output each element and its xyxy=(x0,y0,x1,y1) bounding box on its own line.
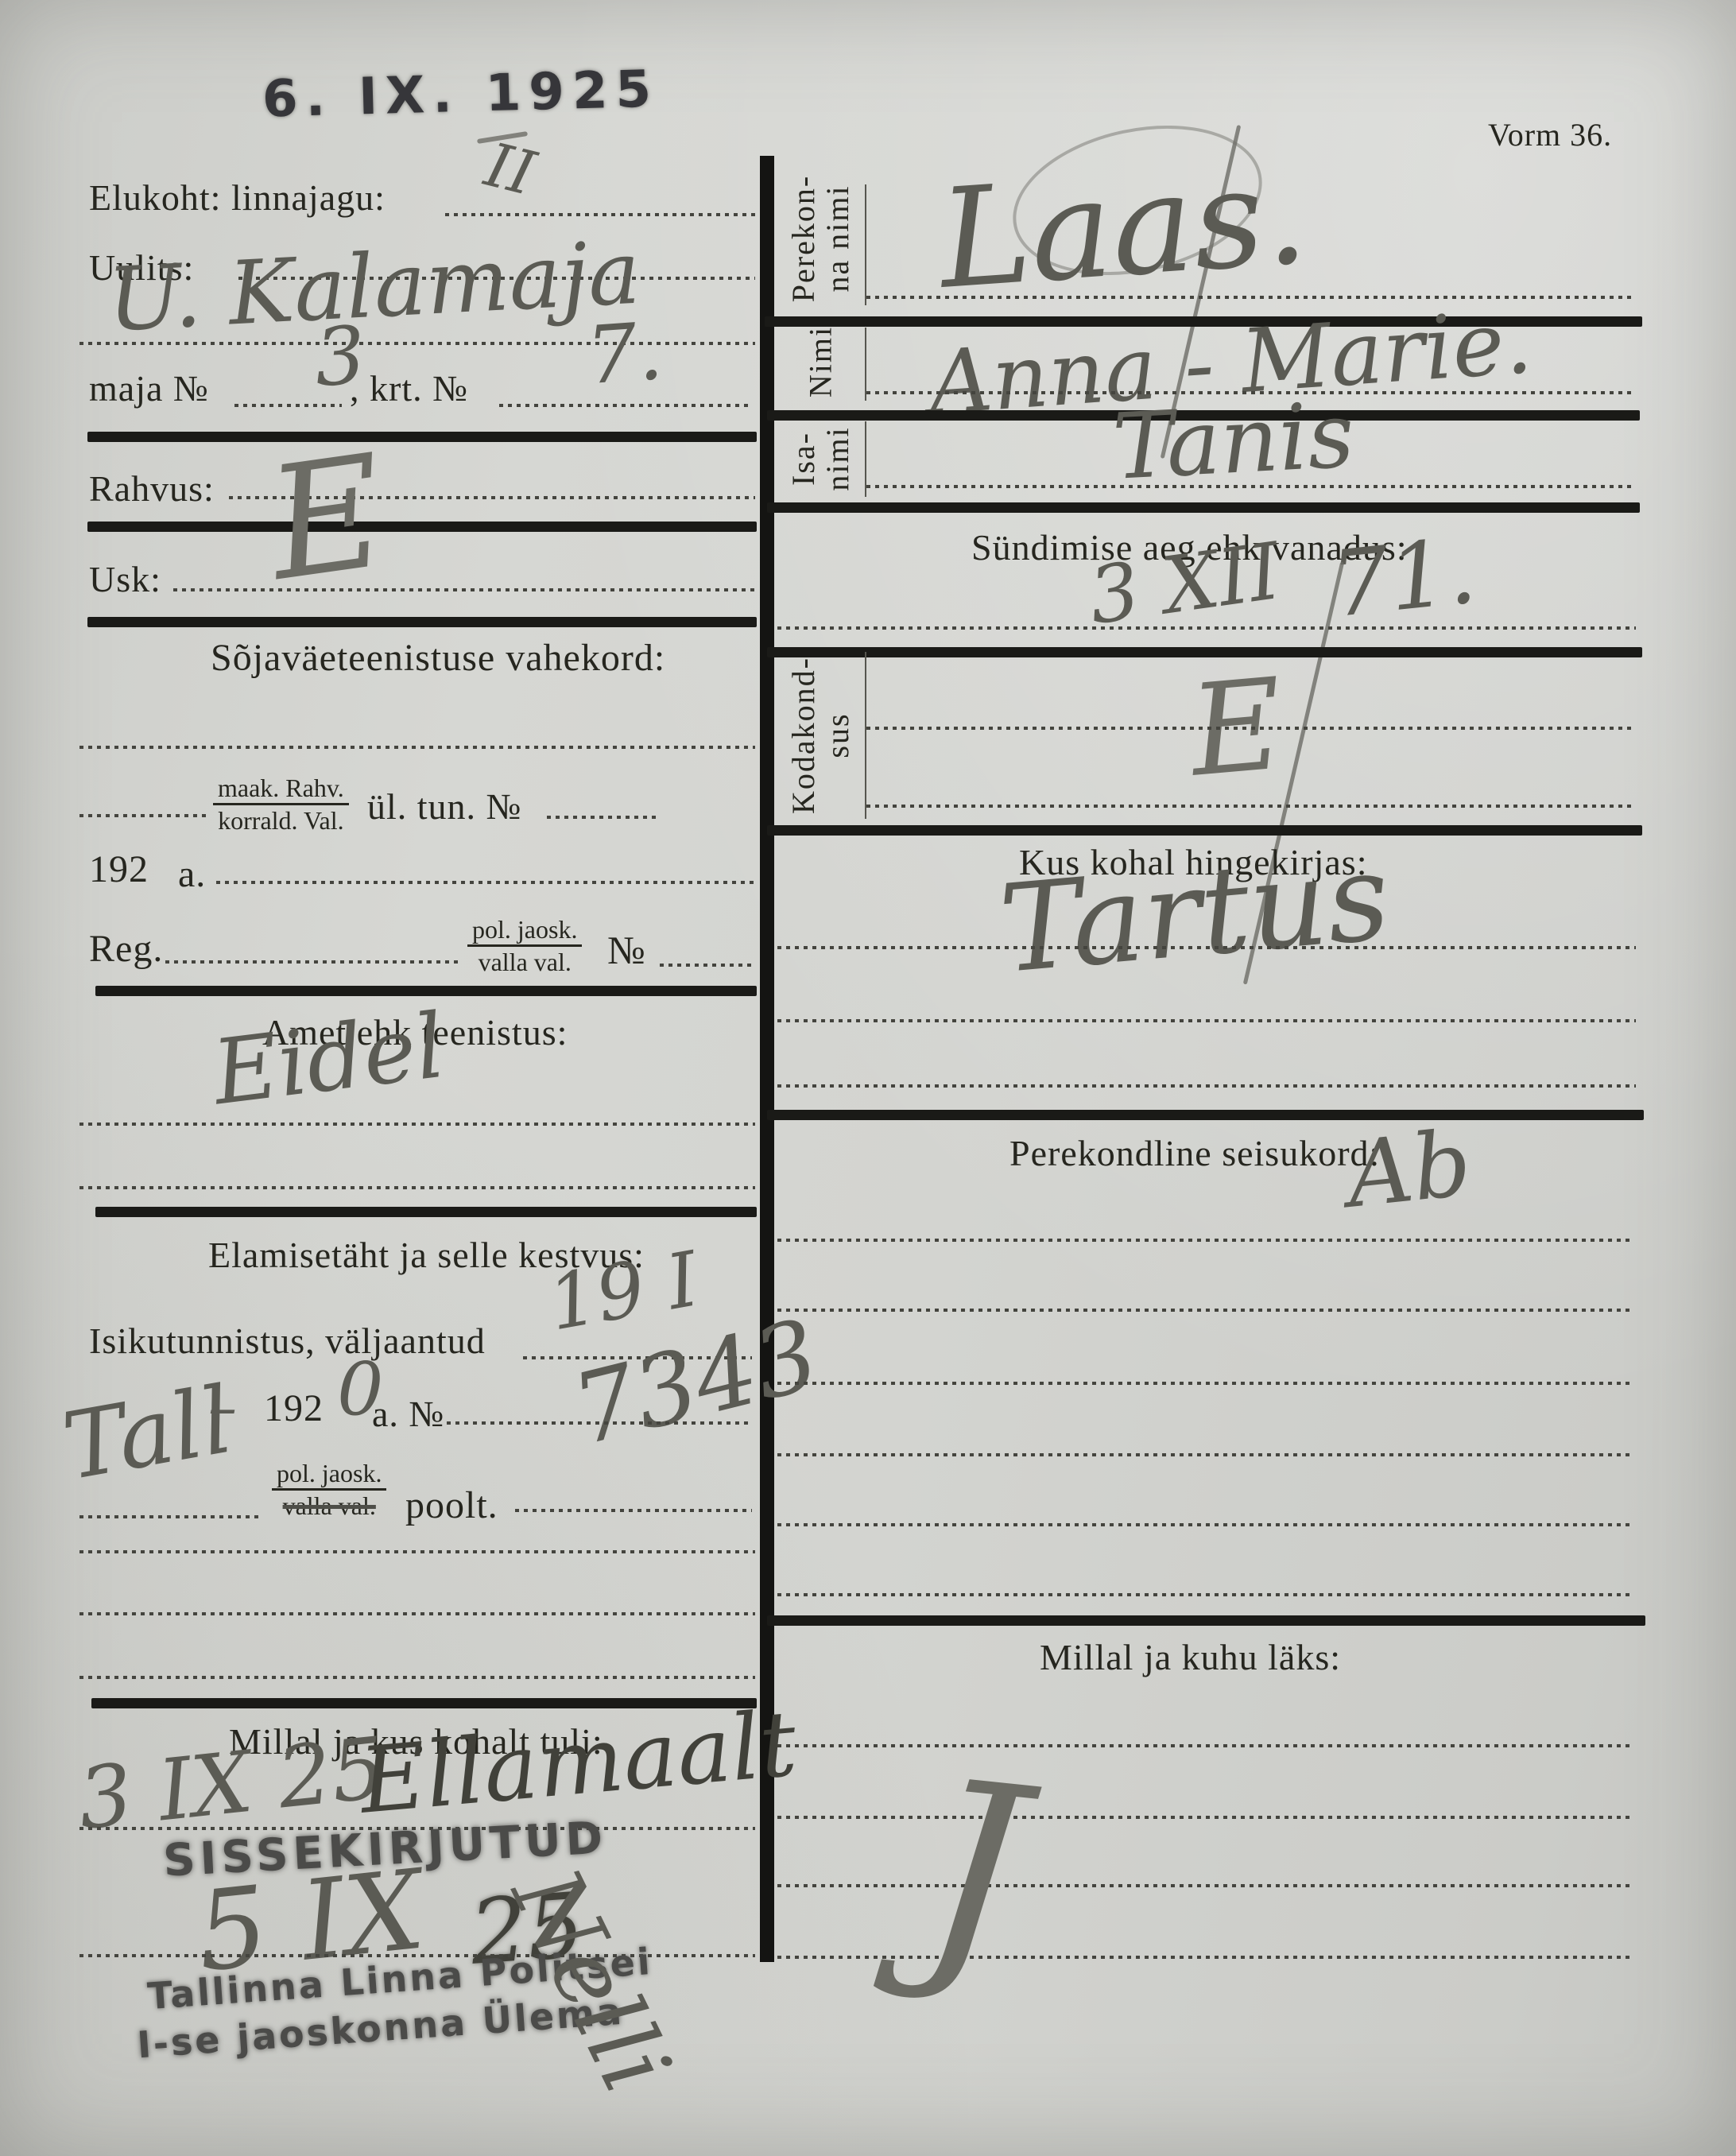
dotted-line xyxy=(777,1884,1629,1887)
separator-bar xyxy=(95,986,757,996)
dotted-line xyxy=(660,964,755,967)
dotted-line xyxy=(234,404,342,407)
dotted-line xyxy=(777,1523,1633,1526)
handwriting-rahvus-mark: E xyxy=(258,421,396,615)
dotted-line xyxy=(79,1186,755,1189)
date-stamp: 6. IX. 1925 xyxy=(262,60,660,129)
fraction-top: pol. jaosk. xyxy=(272,1458,386,1491)
fraction-top: pol. jaosk. xyxy=(467,914,582,947)
fraction-bottom: korrald. Val. xyxy=(218,806,343,835)
row-label-perekonnanimi: Perekon- na nimi xyxy=(786,175,854,302)
field-label-reg: Reg. xyxy=(89,927,163,971)
field-label-192: 192 xyxy=(89,847,149,891)
dotted-line xyxy=(866,727,1636,730)
dotted-line xyxy=(79,814,208,817)
separator-bar xyxy=(767,1110,1644,1120)
form-number: Vorm 36. xyxy=(1488,116,1612,153)
dotted-line xyxy=(79,1515,262,1518)
dotted-line xyxy=(547,816,657,819)
dotted-line xyxy=(866,805,1636,808)
field-label-ul-tun: ül. tun. № xyxy=(367,785,521,828)
separator-bar xyxy=(87,617,757,627)
field-label-maja: maja № xyxy=(89,367,209,409)
dotted-line xyxy=(777,626,1636,630)
row-label-kodakondsus: Kodakond- sus xyxy=(786,657,854,814)
dotted-line xyxy=(499,404,752,407)
dotted-line xyxy=(777,1084,1636,1088)
dotted-line xyxy=(216,881,755,884)
dotted-line xyxy=(777,1309,1633,1312)
fraction-pol-valla-2: pol. jaosk. valla val. xyxy=(272,1458,386,1522)
field-label-a-nr: a. № xyxy=(372,1393,444,1435)
dotted-line xyxy=(79,1676,755,1679)
inner-rule xyxy=(865,328,866,401)
dotted-line xyxy=(79,1612,755,1615)
dotted-line xyxy=(79,1550,755,1553)
field-label-nr: № xyxy=(607,927,646,973)
dotted-line xyxy=(777,1744,1629,1747)
dotted-line xyxy=(165,960,458,964)
handwriting-street: U. Kalamaja xyxy=(105,222,642,351)
row-label-isanimi: Isa- nimi xyxy=(786,426,854,491)
handwriting-valjaandja: Tall xyxy=(56,1367,240,1502)
field-label-192b: 192 xyxy=(264,1386,324,1430)
dotted-line xyxy=(777,1239,1633,1242)
row-label-line: Perekon- xyxy=(785,175,821,302)
handwriting-krt-nr: 7. xyxy=(583,304,665,402)
dotted-line xyxy=(777,946,1636,949)
dotted-line xyxy=(777,1956,1629,1959)
section-label-seisukord: Perekondline seisukord: xyxy=(1009,1132,1380,1174)
dotted-line xyxy=(515,1509,752,1512)
handwriting-vanus: 71. xyxy=(1327,518,1481,638)
fraction-bottom: valla val. xyxy=(479,948,572,976)
separator-bar xyxy=(95,1207,757,1217)
field-label-isikutunnistus: Isikutunnistus, väljaantud xyxy=(89,1320,486,1362)
dotted-line xyxy=(777,1816,1629,1819)
section-label-sojavagi: Sõjaväeteenistuse vahekord: xyxy=(211,636,665,680)
dotted-line xyxy=(777,1453,1633,1456)
row-label-line: na nimi xyxy=(820,184,855,292)
column-divider xyxy=(760,156,774,1962)
separator-bar xyxy=(87,432,757,442)
separator-bar xyxy=(767,502,1640,513)
fraction-pol-valla: pol. jaosk. valla val. xyxy=(467,914,582,978)
dotted-line xyxy=(79,746,755,749)
separator-bar xyxy=(87,522,757,532)
inner-rule xyxy=(865,652,866,819)
section-label-laks: Millal ja kuhu läks: xyxy=(1040,1636,1341,1678)
dotted-line xyxy=(173,588,755,591)
dotted-line xyxy=(777,1382,1633,1385)
row-label-line: nimi xyxy=(820,426,855,491)
handwriting-seisukord: Ab xyxy=(1342,1110,1475,1228)
row-label-line: Kodakond- xyxy=(785,657,821,814)
dotted-line xyxy=(447,1421,752,1425)
dotted-line xyxy=(445,213,755,216)
row-label-line: Isa- xyxy=(785,432,821,486)
separator-bar xyxy=(767,1615,1645,1626)
separator-bar xyxy=(767,825,1642,836)
document-page: 6. IX. 1925 Vorm 36. Elukoht: linnajagu:… xyxy=(0,0,1736,2156)
field-label-usk: Usk: xyxy=(89,558,161,600)
handwriting-tuli-koht: Ellamaalt xyxy=(355,1690,800,1833)
field-label-poolt: poolt. xyxy=(405,1483,498,1527)
dotted-line xyxy=(79,1123,755,1126)
dotted-line xyxy=(777,1019,1636,1022)
row-label-line: sus xyxy=(820,712,855,758)
handwriting-amet: Eidel xyxy=(207,995,450,1126)
handwriting-isanimi: Tanis xyxy=(1110,382,1357,500)
row-label-nimi: Nimi xyxy=(803,326,837,397)
dotted-line xyxy=(866,485,1636,488)
row-label-line: Nimi xyxy=(802,326,838,397)
handwriting-flourish: J xyxy=(912,1729,1036,2015)
dotted-line xyxy=(777,1593,1633,1596)
fraction-maak-korrald: maak. Rahv. korrald. Val. xyxy=(213,773,349,836)
field-label-krt: , krt. № xyxy=(350,367,468,409)
field-label-rahvus: Rahvus: xyxy=(89,467,215,510)
field-label-elukoht: Elukoht: linnajagu: xyxy=(89,176,386,219)
field-label-a: a. xyxy=(178,852,206,896)
fraction-top: maak. Rahv. xyxy=(213,773,349,805)
fraction-bottom-struck: valla val. xyxy=(283,1491,376,1520)
inner-rule xyxy=(865,184,866,305)
handwriting-perekonnanimi: Laas. xyxy=(935,134,1312,320)
separator-bar xyxy=(767,647,1642,657)
